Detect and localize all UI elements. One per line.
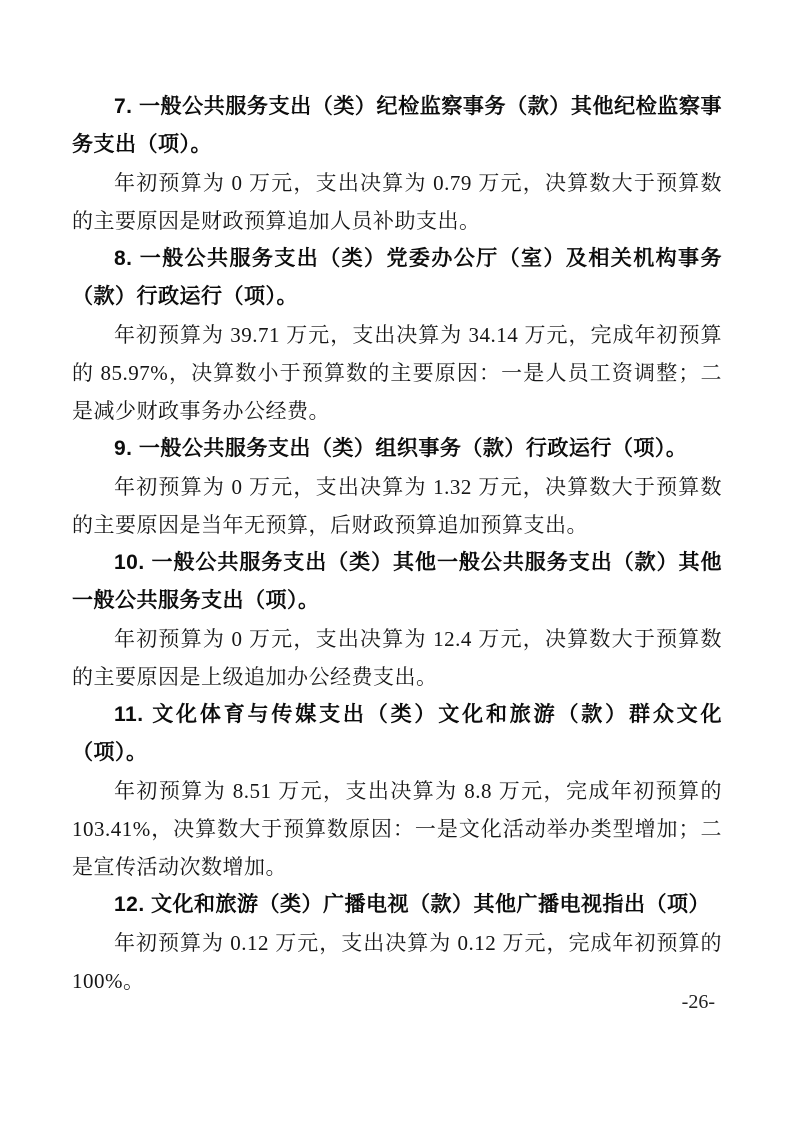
section-8-body: 年初预算为 39.71 万元，支出决算为 34.14 万元，完成年初预算的 85… [72,316,722,430]
section-7-heading: 7. 一般公共服务支出（类）纪检监察事务（款）其他纪检监察事务支出（项）。 [72,88,722,164]
document-page: 7. 一般公共服务支出（类）纪检监察事务（款）其他纪检监察事务支出（项）。 年初… [0,0,793,1122]
section-7-body: 年初预算为 0 万元，支出决算为 0.79 万元，决算数大于预算数的主要原因是财… [72,164,722,240]
page-number: -26- [682,991,715,1014]
section-9-heading: 9. 一般公共服务支出（类）组织事务（款）行政运行（项）。 [72,430,722,468]
section-9-body: 年初预算为 0 万元，支出决算为 1.32 万元，决算数大于预算数的主要原因是当… [72,468,722,544]
section-12-heading: 12. 文化和旅游（类）广播电视（款）其他广播电视指出（项） [72,886,722,924]
section-10-body: 年初预算为 0 万元，支出决算为 12.4 万元，决算数大于预算数的主要原因是上… [72,620,722,696]
section-11-heading: 11. 文化体育与传媒支出（类）文化和旅游（款）群众文化（项）。 [72,696,722,772]
section-10-heading: 10. 一般公共服务支出（类）其他一般公共服务支出（款）其他一般公共服务支出（项… [72,544,722,620]
section-8-heading: 8. 一般公共服务支出（类）党委办公厅（室）及相关机构事务（款）行政运行（项）。 [72,240,722,316]
section-11-body: 年初预算为 8.51 万元，支出决算为 8.8 万元，完成年初预算的 103.4… [72,772,722,886]
document-content: 7. 一般公共服务支出（类）纪检监察事务（款）其他纪检监察事务支出（项）。 年初… [72,88,722,1000]
section-12-body: 年初预算为 0.12 万元，支出决算为 0.12 万元，完成年初预算的 100%… [72,924,722,1000]
